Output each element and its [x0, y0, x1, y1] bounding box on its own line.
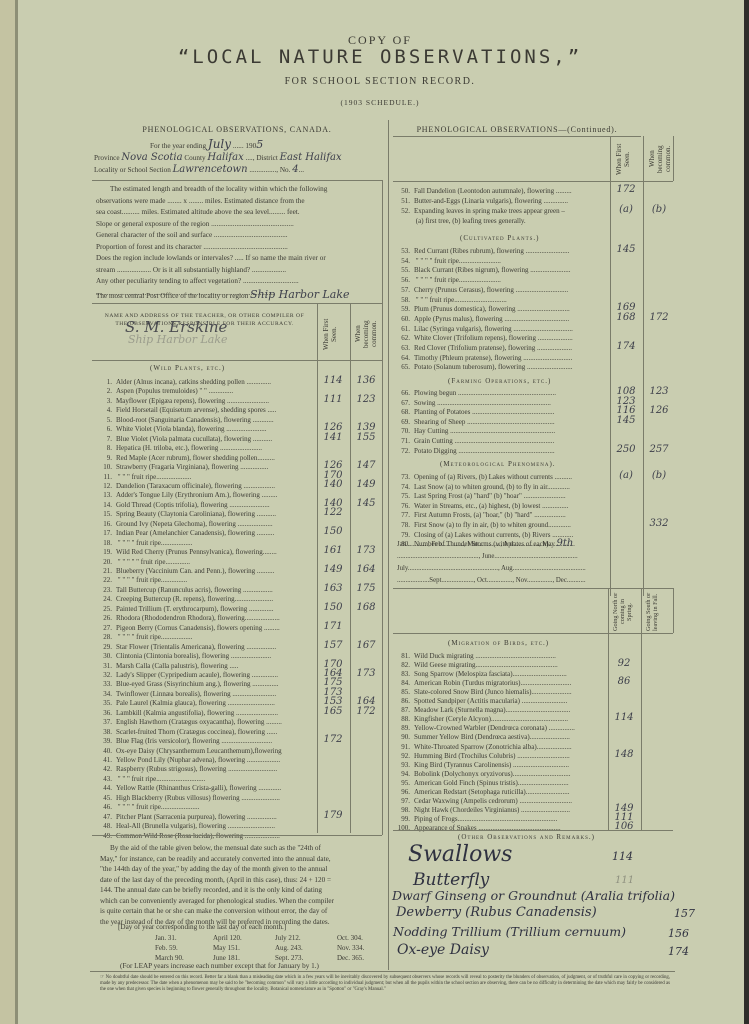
- item-label: Painted Trillium (T. erythrocarpum), flo…: [116, 605, 274, 613]
- item-label: Indian Pear (Amelanchier Canadensis), fl…: [116, 529, 274, 537]
- item-label: Mayflower (Epigæa repens), flowering ...…: [116, 397, 269, 405]
- list-item: 65.Potato (Solanum tuberosum), flowering…: [394, 362, 609, 373]
- item-label: Lambkill (Kalmia angustifolia), flowerin…: [116, 709, 278, 717]
- item-label: High Blackberry (Rubus villosus) floweri…: [116, 794, 280, 802]
- conversion-paragraph: By the aid of the table given below, the…: [100, 843, 382, 927]
- item-label: Aspen (Populus tremuloides) " " ........…: [116, 387, 233, 395]
- item-number: 72.: [394, 446, 410, 457]
- right-section-title: PHENOLOGICAL OBSERVATIONS—(Continued).: [393, 125, 641, 134]
- compiler-address[interactable]: Ship Harbor Lake: [128, 333, 228, 346]
- item-label: Field Horsetail (Equisetum arvense), she…: [116, 406, 276, 414]
- item-label: Red Currant (Ribes rubrum), flowering ..…: [414, 247, 569, 255]
- item-label: Blue-eyed Grass (Sisyrinchium ang.), flo…: [116, 680, 279, 688]
- item-label: Hay Cutting ............................…: [414, 427, 555, 435]
- item-label: Plowing begun ..........................…: [414, 389, 556, 397]
- col-going-north: Going North or coming in Spring.: [612, 592, 638, 632]
- locality-row: Locality or School Section Lawrencetown …: [94, 164, 304, 177]
- item-label: Piping of Frogs.........................…: [414, 815, 557, 823]
- item-label: Clintonia (Clintonia borealis), flowerin…: [116, 652, 271, 660]
- year-field[interactable]: For the year ending July ...... 1905: [150, 139, 263, 153]
- footnote: ☞ No doubtful date should be entered on …: [100, 975, 670, 993]
- item-label: Last Spring Frost (a) "hard" (b) "hoar" …: [414, 492, 566, 500]
- item-label: Last Snow (a) to whiten ground, (b) to f…: [414, 483, 570, 491]
- item-label: Alder (Alnus incana), catkins shedding p…: [116, 378, 271, 386]
- item-label: Marsh Calla (Calla palustris), flowering…: [116, 662, 238, 670]
- item-label: Yellow Pond Lily (Nuphar advena), flower…: [116, 756, 280, 764]
- item-label: (a) first tree, (b) leafing trees genera…: [414, 217, 526, 225]
- section-cultivated-plants: (Cultivated Plants.): [460, 234, 540, 242]
- item-label: Sowing .................................…: [414, 399, 551, 407]
- locality-info-block: The estimated length and breadth of the …: [96, 184, 382, 299]
- document-page: COPY OF “LOCAL NATURE OBSERVATIONS,” FOR…: [0, 0, 744, 1024]
- item-label: Blueberry (Vaccinium Can. and Penn.), fl…: [116, 567, 274, 575]
- first-seen-value[interactable]: [611, 214, 641, 225]
- becoming-common-value[interactable]: [644, 214, 674, 225]
- becoming-common-value[interactable]: 257: [644, 444, 674, 455]
- item-label: Blue Flag (Iris versicolor), flowering .…: [116, 737, 272, 745]
- item-label: Lady's Slipper (Cypripedium acaule), flo…: [116, 671, 278, 679]
- item-label: Song Sparrow (Melospiza fasciata).......…: [414, 670, 567, 678]
- province-value[interactable]: Nova Scotia: [121, 152, 182, 163]
- county-value[interactable]: Halifax: [207, 152, 243, 163]
- item-label: Wild Geese migrating....................…: [414, 661, 558, 669]
- item-label: Creeping Buttercup (R. repens), flowerin…: [116, 595, 273, 603]
- item-label: Spotted Sandpiper (Actitis macularia) ..…: [414, 697, 567, 705]
- remark-2-value[interactable]: 111: [615, 875, 634, 886]
- item-label: Blue Violet (Viola palmata cucullata), f…: [116, 435, 272, 443]
- item-label: English Hawthorn (Cratægus oxyacantha), …: [116, 718, 282, 726]
- item-label: Fall Dandelion (Leontodon autumnale), fl…: [414, 187, 572, 195]
- item-label: American Robin (Turdus migratorius).....…: [414, 679, 571, 687]
- page-binding-edge: [0, 0, 15, 1024]
- item-number: 100.: [394, 823, 410, 834]
- item-label: " " " " fruit ripe......................…: [414, 257, 501, 265]
- item-label: Red Maple (Acer rubrum), flower shedding…: [116, 454, 275, 462]
- remark-4[interactable]: Dewberry (Rubus Canadensis): [396, 905, 597, 920]
- item-label: " " " " fruit ripe..................: [116, 633, 192, 641]
- item-label: Cedar Waxwing (Ampelis cedrorum) .......…: [414, 797, 572, 805]
- item-label: Wild Red Cherry (Prunus Pennsylvanica), …: [116, 548, 277, 556]
- item-label: Butter-and-Eggs (Linaria vulgaris), flow…: [414, 197, 568, 205]
- item-label: First Snow (a) to fly in air, (b) to whi…: [414, 521, 571, 529]
- remark-1-value[interactable]: 114: [612, 850, 633, 863]
- header-schedule: (1903 SCHEDULE.): [60, 98, 700, 107]
- item-label: American Gold Finch (Spinus tristis)....…: [414, 779, 569, 787]
- post-office-row: The most central Post Office of the loca…: [96, 289, 350, 303]
- remark-6[interactable]: Ox-eye Daisy: [397, 942, 489, 958]
- section-migration: (Migration of Birds, etc.): [448, 639, 549, 647]
- item-label: Blood-root (Sanguinaria Canadensis), flo…: [116, 416, 274, 424]
- item-label: Raspberry (Rubus strigosus), flowering .…: [116, 765, 277, 773]
- thunder-may-value[interactable]: 9th: [557, 538, 574, 549]
- item-label: Adder's Tongue Lily (Erythronium Am.), f…: [116, 491, 277, 499]
- item-label: Tall Buttercup (Ranunculus acris), flowe…: [116, 586, 273, 594]
- item-label: Expanding leaves in spring make trees ap…: [414, 207, 565, 215]
- list-item: (a) first tree, (b) leafing trees genera…: [394, 216, 609, 227]
- item-label: " " " " fruit ripe......................: [116, 803, 199, 811]
- item-label: Meadow Lark (Sturnella magna)...........…: [414, 706, 570, 714]
- section-remarks: (Other Observations and Remarks.): [458, 833, 595, 841]
- item-label: Kingfisher (Ceryle Alcyon)..............…: [414, 715, 568, 723]
- item-label: Timothy (Phleum pratense), flowering ...…: [414, 354, 572, 362]
- becoming-common-value[interactable]: [644, 360, 674, 371]
- post-office-value[interactable]: Ship Harbor Lake: [250, 288, 350, 301]
- header-subtitle: FOR SCHOOL SECTION RECORD.: [60, 76, 700, 87]
- item-label: Ground Ivy (Nepeta Glechoma), flowering …: [116, 520, 273, 528]
- month-table: Jan. 31.April 120.July 212.Oct. 304. Feb…: [155, 933, 364, 963]
- col-going-south: Going South or leaving in Fall.: [645, 592, 671, 632]
- item-label: Summer Yellow Bird (Dendrœca aestiva)...…: [414, 733, 570, 741]
- item-label: Planting of Potatoes ...................…: [414, 408, 554, 416]
- item-label: Night Hawk (Chordeiles Virginianus) ....…: [414, 806, 570, 814]
- item-label: Yellow-Crowned Warbler (Dendrœca coronat…: [414, 724, 575, 732]
- item-label: Plum (Prunus domestica), flowering .....…: [414, 305, 570, 313]
- remark-5[interactable]: Nodding Trillium (Trillium cernuum): [393, 924, 626, 939]
- item-label: White Clover (Trifolium repens), floweri…: [414, 334, 573, 342]
- item-label: Heal-All (Brunella vulgaris), flowering …: [116, 822, 275, 830]
- item-label: Humming Bird (Trochilus Colubris) ......…: [414, 752, 570, 760]
- item-label: Strawberry (Fragaria Virginiana), flower…: [116, 463, 268, 471]
- right-rule: [393, 136, 641, 137]
- item-label: Pitcher Plant (Sarracenia purpurea), flo…: [116, 813, 277, 821]
- locality-value[interactable]: Lawrencetown: [173, 164, 248, 175]
- page-binding-line: [15, 0, 18, 1024]
- year-value: July: [208, 137, 231, 151]
- item-label: Slate-colored Snow Bird (Junco hiemalis)…: [414, 688, 572, 696]
- item-label: Gold Thread (Coptis trifolia), flowering…: [116, 501, 270, 509]
- item-label: " " " fruit ripe........................…: [414, 296, 507, 304]
- right-col-when-becoming-common: When becoming common.: [648, 140, 670, 178]
- item-label: White Violet (Viola blanda), flowering .…: [116, 425, 266, 433]
- header-title: “LOCAL NATURE OBSERVATIONS,”: [60, 46, 700, 68]
- first-seen-value[interactable]: [611, 360, 641, 371]
- item-label: Grain Cutting ..........................…: [414, 437, 554, 445]
- item-label: Twinflower (Linnæa borealis), flowering …: [116, 690, 276, 698]
- item-label: Shearing of Sheep ......................…: [414, 418, 555, 426]
- item-label: Lilac (Syringa vulgaris), flowering ....…: [414, 325, 573, 333]
- item-label: Potato Digging .........................…: [414, 447, 555, 455]
- remark-4-value[interactable]: 157: [674, 907, 695, 920]
- list-item: 72.Potato Digging ......................…: [394, 446, 609, 457]
- item-label: American Redstart (Setophaga ruticilla).…: [414, 788, 570, 796]
- item-label: Black Currant (Ribes nigrum), flowering …: [414, 266, 571, 274]
- item-label: Wild Duck migrating ....................…: [414, 652, 556, 660]
- item-label: Opening of (a) Rivers, (b) Lakes without…: [414, 473, 572, 481]
- section-farming-operations: (Farming Operations, etc.): [448, 377, 551, 385]
- first-seen-value[interactable]: 250: [611, 444, 641, 455]
- section-wild-plants: (Wild Plants, etc.): [150, 364, 225, 372]
- col-when-becoming-common: When becoming common.: [354, 312, 376, 356]
- remark-2[interactable]: Butterfly: [413, 870, 489, 890]
- item-label: " " " " fruit ripe..................: [116, 539, 192, 547]
- item-label: " " " fruit ripe....................: [116, 473, 191, 481]
- section-meteorological: (Meteorological Phenomena).: [440, 460, 556, 468]
- item-label: " " " " fruit ripe...............: [116, 576, 187, 584]
- item-label: First Autumn Frosts, (a) "hoar," (b) "ha…: [414, 511, 566, 519]
- item-label: Pale Laurel (Kalmia glauca), flowering .…: [116, 699, 275, 707]
- item-label: Yellow Rattle (Rhinanthus Crista-galli),…: [116, 784, 281, 792]
- left-section-title: PHENOLOGICAL OBSERVATIONS, CANADA.: [92, 125, 382, 134]
- left-rule: [92, 180, 382, 181]
- item-label: Potato (Solanum tuberosum), flowering ..…: [414, 363, 572, 371]
- item-number: 65.: [394, 362, 410, 373]
- dark-background-edge: [744, 0, 749, 1024]
- item-label: King Bird (Tyrannus Carolinensis) ......…: [414, 761, 569, 769]
- month-table-title: [Day of year corresponding to the last d…: [118, 922, 286, 934]
- item-label: Rhodora (Rhododendron Rhodora), flowerin…: [116, 614, 280, 622]
- item-number: 49.: [96, 831, 112, 842]
- item-label: Hepatica (H. triloba, etc.), flowering .…: [116, 444, 262, 452]
- remark-1[interactable]: Swallows: [408, 842, 512, 867]
- item-label: Spring Beauty (Claytonia Caroliniana), f…: [116, 510, 276, 518]
- item-label: Pigeon Berry (Cornus Canadensis), flower…: [116, 624, 280, 632]
- remark-3[interactable]: Dwarf Ginseng or Groundnut (Aralia trifo…: [392, 888, 675, 903]
- column-divider: [388, 120, 389, 970]
- item-label: Red Clover (Trifolium pratense), floweri…: [414, 344, 572, 352]
- item-label: Dandelion (Taraxacum officinale), flower…: [116, 482, 275, 490]
- district-value[interactable]: East Halifax: [280, 152, 342, 163]
- remark-6-value[interactable]: 174: [668, 945, 689, 958]
- right-col-when-first-seen: When First Seen.: [615, 140, 637, 178]
- col-when-first-seen: When First Seen.: [322, 312, 344, 356]
- remark-5-value[interactable]: 156: [668, 927, 689, 940]
- thunder-storm-dates: Jan............., Feb............., Mar.…: [397, 538, 677, 587]
- item-label: " " " fruit ripe........................…: [116, 775, 205, 783]
- item-label: " " " " " fruit ripe..............: [116, 558, 190, 566]
- province-row: Province Nova Scotia County Halifax ....…: [94, 152, 342, 165]
- item-label: Scarlet-fruited Thorn (Cratægus coccinea…: [116, 728, 277, 736]
- item-label: Water in Streams, etc., (a) highest, (b)…: [414, 502, 568, 510]
- item-label: Star Flower (Trientalis Americana), flow…: [116, 643, 276, 651]
- item-label: " " " " fruit ripe......................…: [414, 276, 501, 284]
- item-label: Apple (Pyrus malus), flowering .........…: [414, 315, 569, 323]
- item-label: Bobolink (Dolychonyx oryzivorus)........…: [414, 770, 571, 778]
- item-label: Cherry (Prunus Cerasus), flowering .....…: [414, 286, 568, 294]
- list-item: 49.Common Wild Rose (Rosa lucida), flowe…: [96, 831, 316, 842]
- item-label: Ox-eye Daisy (Chrysanthemum Leucanthemum…: [116, 747, 282, 755]
- item-label: White-Throated Sparrow (Zonotrichia alba…: [414, 743, 572, 751]
